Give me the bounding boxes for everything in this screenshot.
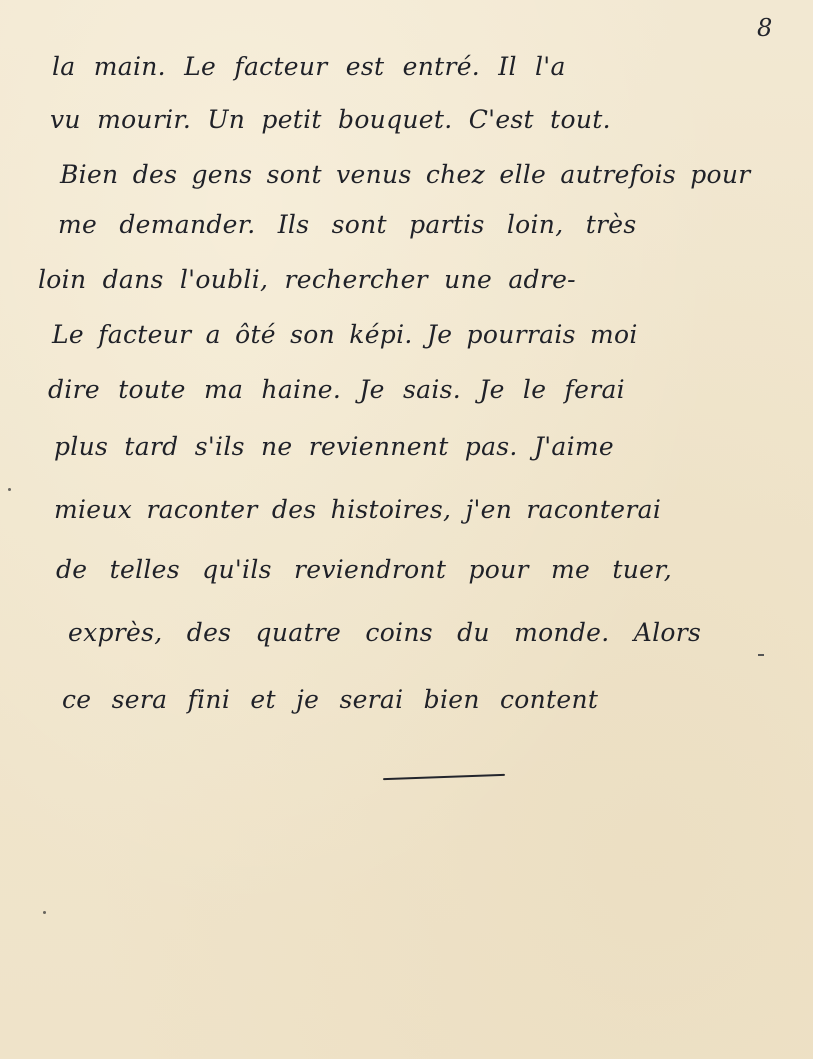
manuscript-line-8: plus tard s'ils ne reviennent pas. J'aim… [54,432,614,461]
manuscript-line-10: de telles qu'ils reviendront pour me tue… [56,555,672,584]
paper-speck [43,911,46,914]
manuscript-line-9: mieux raconter des histoires, j'en racon… [54,495,661,524]
manuscript-line-12: ce sera fini et je serai bien content [62,685,598,714]
manuscript-line-5: loin dans l'oubli, rechercher une adre- [38,265,576,294]
manuscript-page: 8 la main. Le facteur est entré. Il l'a … [0,0,813,1059]
manuscript-line-7: dire toute ma haine. Je sais. Je le fera… [48,375,625,404]
page-number: 8 [757,14,772,42]
margin-tick-mark [758,654,764,656]
manuscript-line-11: exprès, des quatre coins du monde. Alors [68,618,701,647]
manuscript-line-2: vu mourir. Un petit bouquet. C'est tout. [50,105,611,134]
manuscript-line-4: me demander. Ils sont partis loin, très [58,210,637,239]
manuscript-line-1: la main. Le facteur est entré. Il l'a [52,52,566,81]
manuscript-line-3: Bien des gens sont venus chez elle autre… [60,160,751,189]
closing-rule [383,774,505,780]
manuscript-line-6: Le facteur a ôté son képi. Je pourrais m… [52,320,638,349]
paper-speck [8,488,11,491]
